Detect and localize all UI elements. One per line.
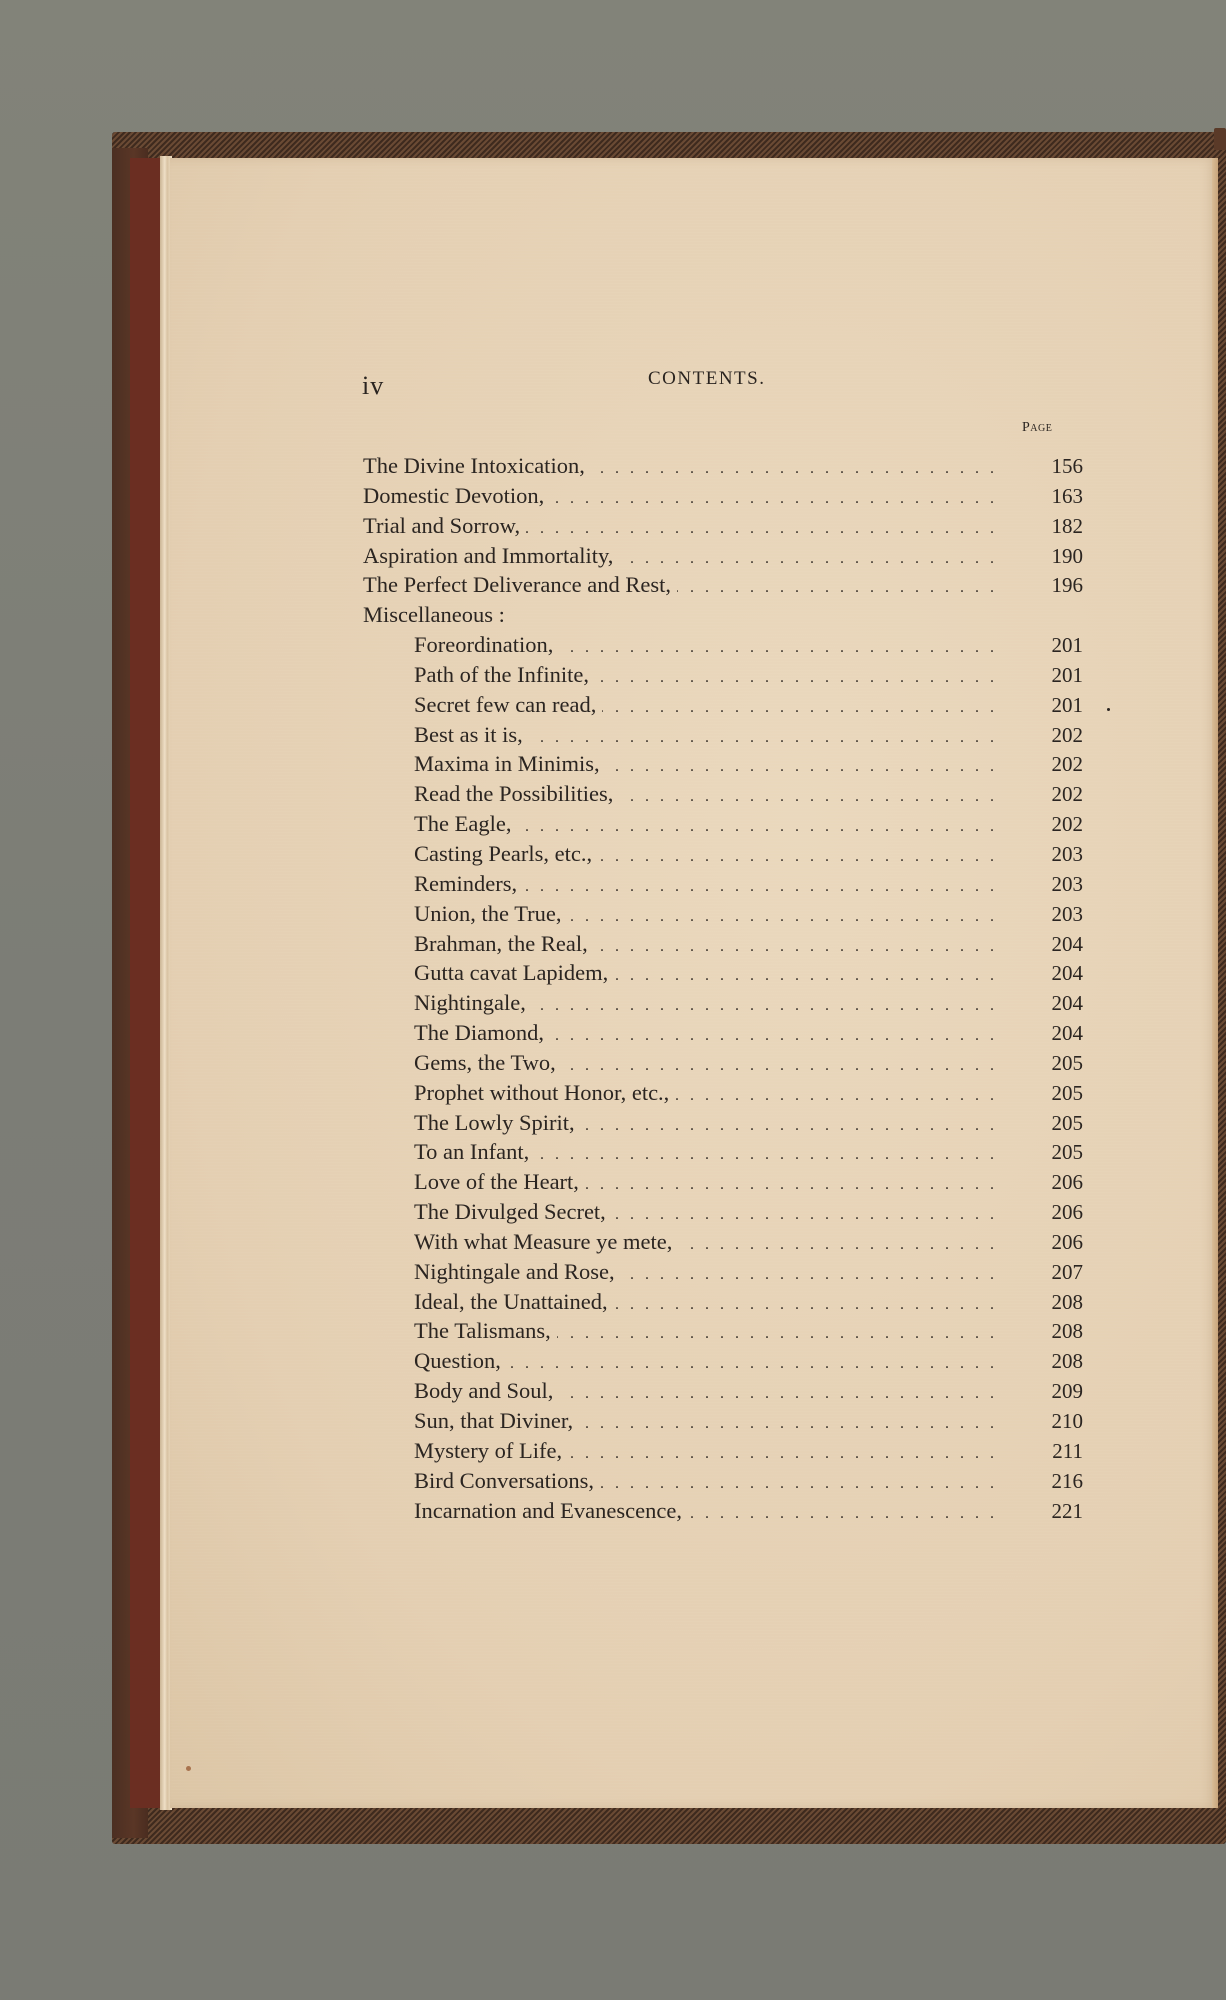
paper-speck <box>1107 708 1110 711</box>
toc-entry: To an Infant,...........................… <box>363 1137 1083 1167</box>
dot-leader: .................................... <box>579 1409 1005 1439</box>
toc-entry-page: 156 <box>1023 452 1083 482</box>
toc-entry: Brahman, the Real,......................… <box>363 929 1083 959</box>
dot-leader: .................................... <box>594 932 1005 962</box>
dot-leader: .................................... <box>585 1170 1005 1200</box>
dot-leader: .................................... <box>550 484 1005 514</box>
toc-entry-page: 207 <box>1023 1258 1083 1288</box>
toc-entry-title: Aspiration and Immortality, <box>363 541 619 571</box>
toc-entry-page: 202 <box>1023 721 1083 751</box>
toc-entry-page: 210 <box>1023 1407 1083 1437</box>
toc-entry-page: 202 <box>1023 750 1083 780</box>
dot-leader: .................................... <box>606 752 1005 782</box>
toc-entry-title: Nightingale, <box>414 988 532 1018</box>
dot-leader: .................................... <box>526 514 1005 544</box>
toc-section-heading: Miscellaneous : <box>363 600 1083 630</box>
toc-entry-page: 201 <box>1023 661 1083 691</box>
toc-entry: Aspiration and Immortality,.............… <box>363 541 1083 571</box>
toc-entry: Sun, that Diviner,......................… <box>363 1406 1083 1436</box>
dot-leader: .................................... <box>532 991 1005 1021</box>
dot-leader: .................................... <box>535 1140 1005 1170</box>
dot-leader: .................................... <box>559 1379 1005 1409</box>
toc-entry-page: 205 <box>1023 1049 1083 1079</box>
toc-entry: The Perfect Deliverance and Rest,.......… <box>363 570 1083 600</box>
toc-entry-title: Reminders, <box>414 869 523 899</box>
page-column-label: Page <box>1022 420 1052 436</box>
toc-entry-title: Question, <box>414 1346 507 1376</box>
toc-entry-title: Bird Conversations, <box>414 1466 600 1496</box>
dot-leader: .................................... <box>619 544 1005 574</box>
toc-entry-title: The Diamond, <box>414 1018 550 1048</box>
toc-entry-page: 206 <box>1023 1198 1083 1228</box>
toc-entry: The Divine Intoxication,................… <box>363 451 1083 481</box>
toc-entry-title: Love of the Heart, <box>414 1167 585 1197</box>
toc-entry-title: Secret few can read, <box>414 690 602 720</box>
dot-leader: .................................... <box>677 573 1005 603</box>
toc-entry-title: Read the Possibilities, <box>414 779 619 809</box>
toc-entry: Maxima in Minimis,......................… <box>363 749 1083 779</box>
toc-entry-title: Path of the Infinite, <box>414 660 595 690</box>
toc-entry: Domestic Devotion,......................… <box>363 481 1083 511</box>
toc-entry-page: 209 <box>1023 1377 1083 1407</box>
toc-entry-page: 208 <box>1023 1347 1083 1377</box>
toc-entry: The Lowly Spirit,.......................… <box>363 1108 1083 1138</box>
toc-entry: Prophet without Honor, etc.,............… <box>363 1078 1083 1108</box>
toc-entry-page: 203 <box>1023 870 1083 900</box>
toc-entry: Nightingale,............................… <box>363 988 1083 1018</box>
toc-entry: Secret few can read,....................… <box>363 690 1083 720</box>
toc-entry-title: With what Measure ye mete, <box>414 1227 678 1257</box>
dot-leader: .................................... <box>529 723 1005 753</box>
toc-entry-page: 163 <box>1023 482 1083 512</box>
toc-entry: With what Measure ye mete,..............… <box>363 1227 1083 1257</box>
toc-entry-page: 204 <box>1023 930 1083 960</box>
toc-entry-page: 205 <box>1023 1138 1083 1168</box>
toc-entry-title: Mystery of Life, <box>414 1436 568 1466</box>
toc-entry: Foreordination,.........................… <box>363 630 1083 660</box>
toc-entry-title: The Perfect Deliverance and Rest, <box>363 570 677 600</box>
toc-entry: Trial and Sorrow,.......................… <box>363 511 1083 541</box>
toc-entry: Best as it is,..........................… <box>363 720 1083 750</box>
dot-leader: .................................... <box>598 842 1005 872</box>
dot-leader: .................................... <box>688 1499 1005 1529</box>
toc-entry-title: Prophet without Honor, etc., <box>414 1078 675 1108</box>
toc-entry: The Eagle,..............................… <box>363 809 1083 839</box>
dot-leader: .................................... <box>523 872 1005 902</box>
dot-leader: .................................... <box>517 812 1005 842</box>
dot-leader: .................................... <box>568 1439 1005 1469</box>
dot-leader: .................................... <box>562 1051 1005 1081</box>
dot-leader: .................................... <box>675 1081 1005 1111</box>
toc-entry-title: Sun, that Diviner, <box>414 1406 579 1436</box>
toc-entry-title: Maxima in Minimis, <box>414 749 606 779</box>
toc-entry-title: The Eagle, <box>414 809 517 839</box>
toc-entry-page: 203 <box>1023 840 1083 870</box>
toc-entry: Ideal, the Unattained,..................… <box>363 1287 1083 1317</box>
toc-entry: Love of the Heart,......................… <box>363 1167 1083 1197</box>
dot-leader: .................................... <box>507 1349 1005 1379</box>
toc-entry: Body and Soul,..........................… <box>363 1376 1083 1406</box>
toc-entry-title: Body and Soul, <box>414 1376 559 1406</box>
toc-entry-page: 206 <box>1023 1168 1083 1198</box>
toc-entry-title: Best as it is, <box>414 720 529 750</box>
toc-entry-page: 205 <box>1023 1079 1083 1109</box>
toc-entry-page: 216 <box>1023 1467 1083 1497</box>
toc-entry-page: 221 <box>1023 1497 1083 1527</box>
dot-leader: .................................... <box>559 633 1005 663</box>
toc-entry-page: 202 <box>1023 810 1083 840</box>
toc-entry-title: The Divulged Secret, <box>414 1197 612 1227</box>
page-number-folio: iv <box>362 371 384 401</box>
toc-entry-page: 201 <box>1023 631 1083 661</box>
dot-leader: .................................... <box>581 1111 1005 1141</box>
dot-leader: .................................... <box>614 961 1005 991</box>
dot-leader: .................................... <box>614 1290 1005 1320</box>
toc-entry-title: Ideal, the Unattained, <box>414 1287 614 1317</box>
dot-leader: .................................... <box>612 1200 1005 1230</box>
toc-entry-title: Gutta cavat Lapidem, <box>414 958 614 988</box>
toc-entry-page: 182 <box>1023 512 1083 542</box>
toc-entry-title: Gems, the Two, <box>414 1048 562 1078</box>
toc-entry: Incarnation and Evanescence,............… <box>363 1496 1083 1526</box>
toc-entry-title: Foreordination, <box>414 630 559 660</box>
toc-entry: Question,...............................… <box>363 1346 1083 1376</box>
toc-entry-title: Miscellaneous : <box>363 600 511 630</box>
toc-entry: Union, the True,........................… <box>363 899 1083 929</box>
dot-leader: .................................... <box>678 1230 1005 1260</box>
toc-entry-page: 206 <box>1023 1228 1083 1258</box>
cover-corner <box>1214 128 1226 150</box>
toc-entry-title: The Talismans, <box>414 1316 557 1346</box>
toc-entry-title: Union, the True, <box>414 899 568 929</box>
dot-leader: .................................... <box>591 454 1005 484</box>
toc-entry-page: 201 <box>1023 691 1083 721</box>
dot-leader: .................................... <box>600 1469 1005 1499</box>
dot-leader: .................................... <box>619 782 1005 812</box>
toc-entry: Casting Pearls, etc.,...................… <box>363 839 1083 869</box>
toc-entry-title: The Divine Intoxication, <box>363 451 591 481</box>
toc-entry: Read the Possibilities,.................… <box>363 779 1083 809</box>
toc-entry-page: 204 <box>1023 1019 1083 1049</box>
toc-entry-page: 203 <box>1023 900 1083 930</box>
toc-entry-page: 211 <box>1023 1437 1083 1467</box>
toc-entry-title: Trial and Sorrow, <box>363 511 526 541</box>
book-endpaper-strip <box>130 158 160 1808</box>
toc-entry-title: Nightingale and Rose, <box>414 1257 621 1287</box>
toc-entry-title: To an Infant, <box>414 1137 535 1167</box>
toc-entry-title: Incarnation and Evanescence, <box>414 1496 688 1526</box>
toc-entry: Bird Conversations,.....................… <box>363 1466 1083 1496</box>
toc-entry-page: 204 <box>1023 959 1083 989</box>
dot-leader: .................................... <box>602 693 1005 723</box>
toc-entry-page: 190 <box>1023 542 1083 572</box>
toc-entry-title: Casting Pearls, etc., <box>414 839 598 869</box>
dot-leader: .................................... <box>550 1021 1005 1051</box>
dot-leader: .................................... <box>568 902 1005 932</box>
toc-entry-page: 205 <box>1023 1109 1083 1139</box>
toc-entry-title: Domestic Devotion, <box>363 481 550 511</box>
toc-entry-page: 208 <box>1023 1288 1083 1318</box>
toc-entry: The Talismans,..........................… <box>363 1316 1083 1346</box>
toc-entry: Gutta cavat Lapidem,....................… <box>363 958 1083 988</box>
toc-entry: Reminders,..............................… <box>363 869 1083 899</box>
toc-entry: Mystery of Life,........................… <box>363 1436 1083 1466</box>
toc-entry-page: 202 <box>1023 780 1083 810</box>
toc-entry: The Diamond,............................… <box>363 1018 1083 1048</box>
dot-leader: .................................... <box>557 1319 1005 1349</box>
toc-entry-page: 208 <box>1023 1317 1083 1347</box>
dot-leader: .................................... <box>595 663 1005 693</box>
running-title: CONTENTS. <box>648 368 765 390</box>
toc-entry: The Divulged Secret,....................… <box>363 1197 1083 1227</box>
page-right-edge <box>1212 158 1218 1808</box>
toc-entry: Path of the Infinite,...................… <box>363 660 1083 690</box>
toc-entry: Nightingale and Rose,...................… <box>363 1257 1083 1287</box>
toc-entry-page: 204 <box>1023 989 1083 1019</box>
toc-entry: Gems, the Two,..........................… <box>363 1048 1083 1078</box>
table-of-contents: The Divine Intoxication,................… <box>363 451 1083 1525</box>
toc-entry-title: The Lowly Spirit, <box>414 1108 581 1138</box>
paper-stain <box>186 1766 191 1771</box>
toc-entry-page: 196 <box>1023 571 1083 601</box>
toc-entry-title: Brahman, the Real, <box>414 929 594 959</box>
dot-leader: .................................... <box>621 1260 1005 1290</box>
